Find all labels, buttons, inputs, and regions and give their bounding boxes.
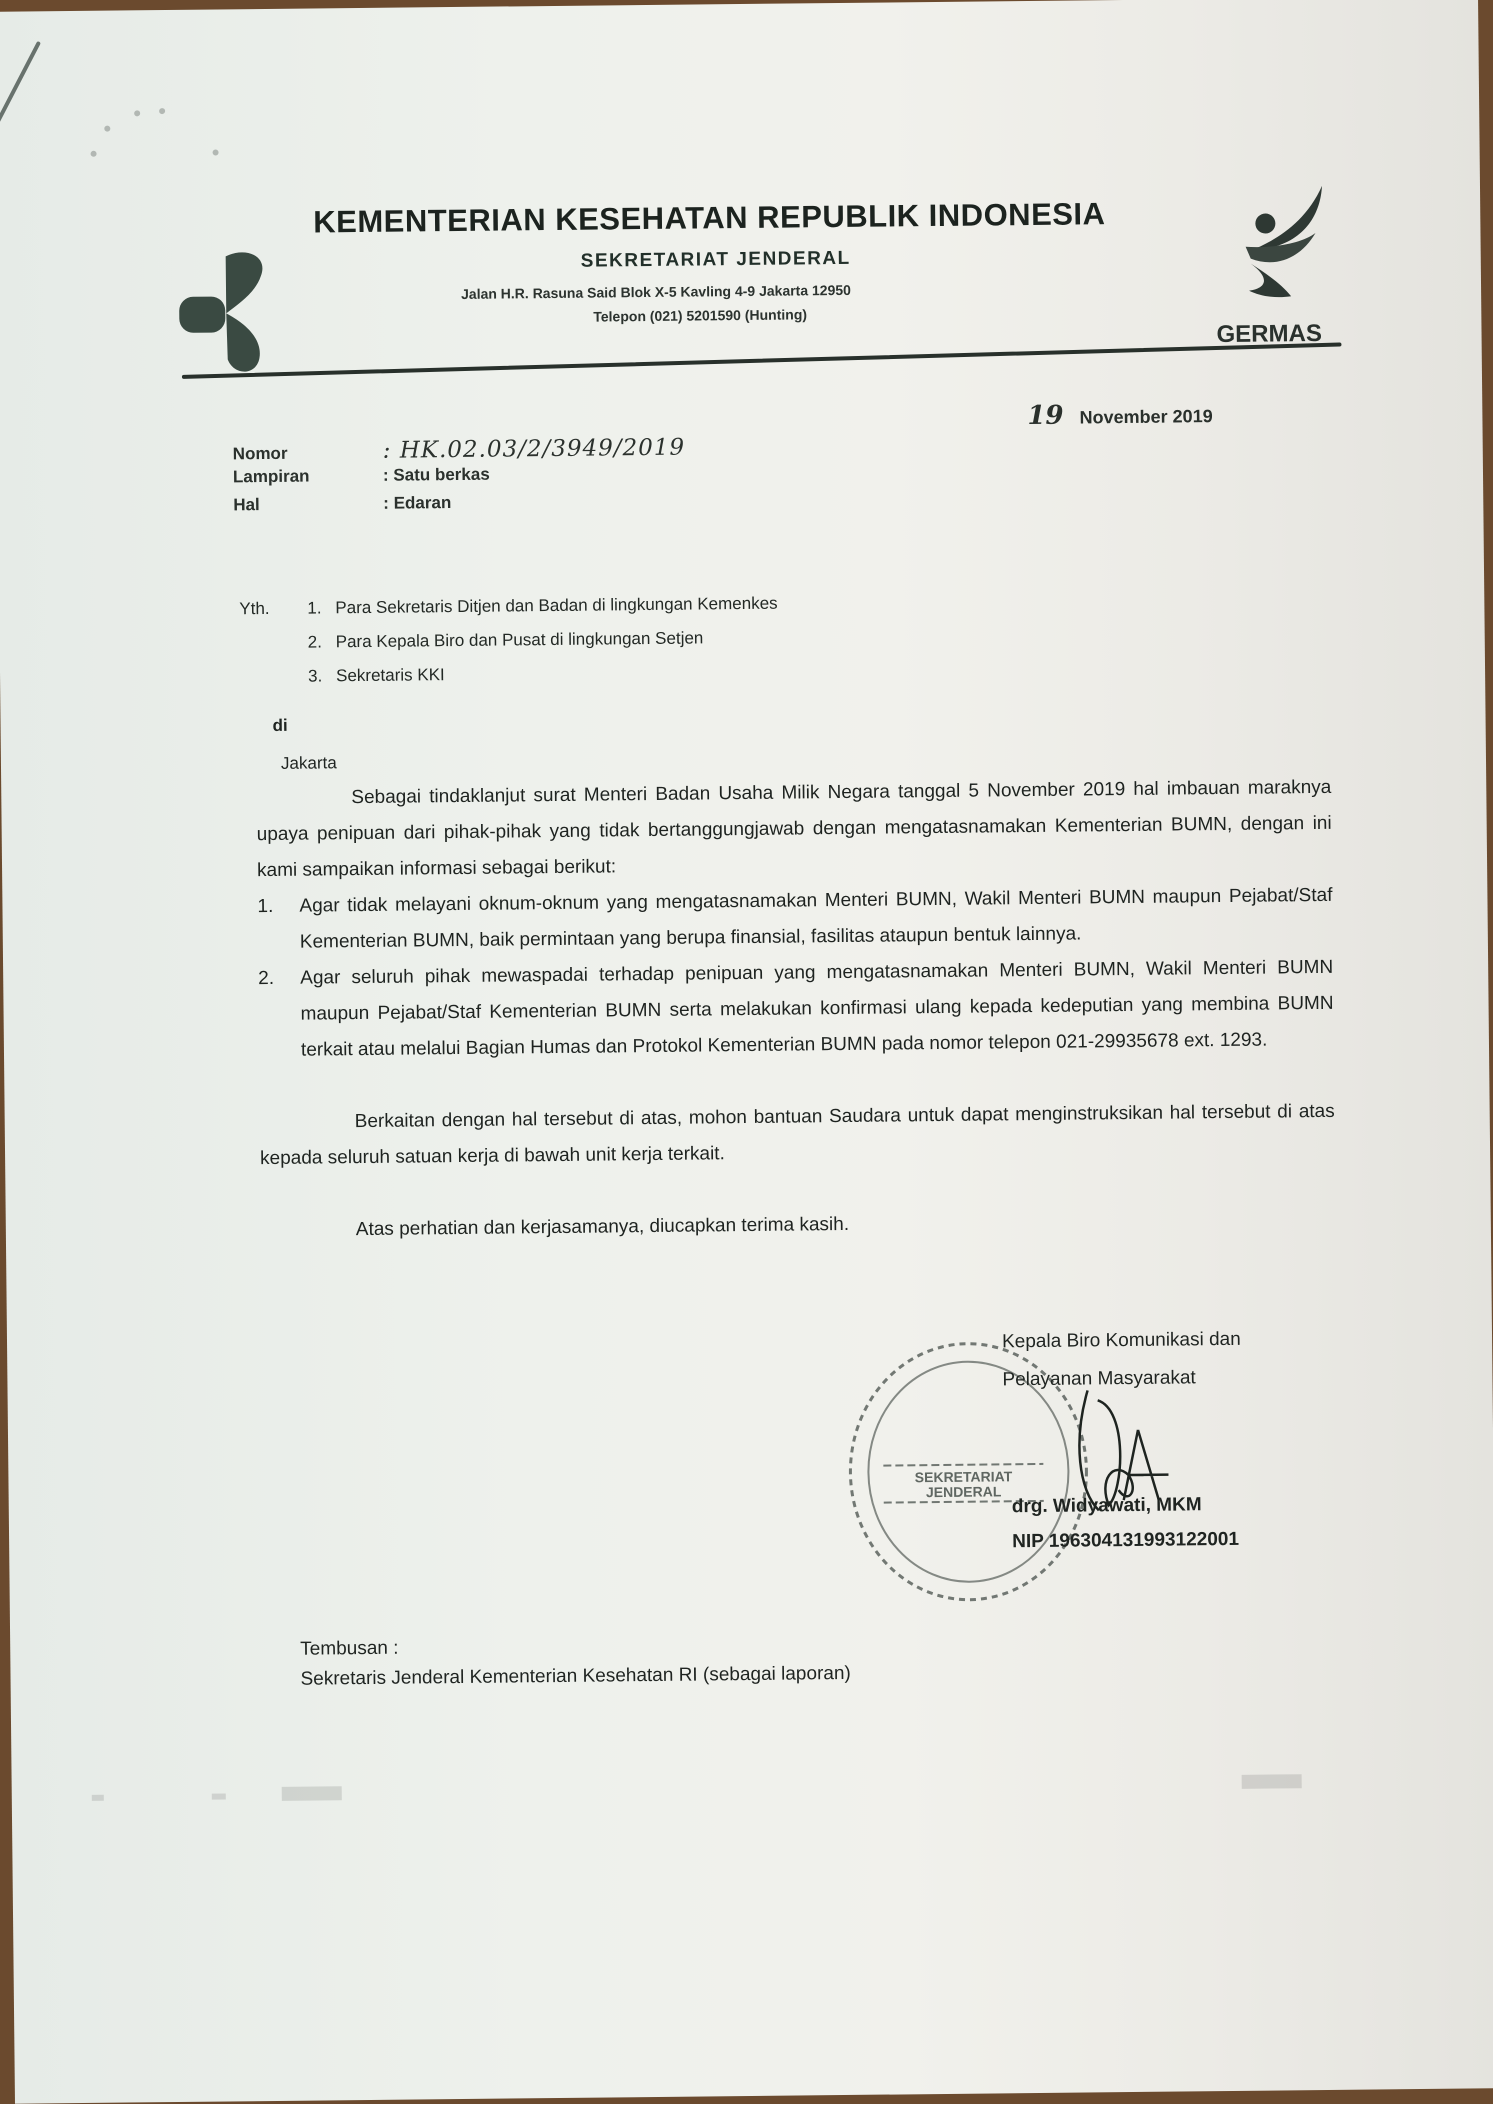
letter-body: Sebagai tindaklanjut surat Menteri Badan… bbox=[256, 770, 1336, 1249]
copy-heading: Tembusan : bbox=[300, 1638, 398, 1661]
germas-logo-icon bbox=[1220, 178, 1331, 314]
meta-value: : Edaran bbox=[383, 493, 451, 514]
recipient-prefix: Yth. bbox=[239, 599, 307, 620]
meta-label: Hal bbox=[233, 494, 383, 516]
point-text: Agar seluruh pihak mewaspadai terhadap p… bbox=[300, 950, 1334, 1069]
meta-value: : HK.02.03/2/3949/2019 bbox=[383, 435, 686, 464]
recipient-place: Jakarta bbox=[281, 753, 337, 774]
address: Jalan H.R. Rasuna Said Blok X-5 Kavling … bbox=[461, 282, 851, 302]
meta-label: Lampiran bbox=[233, 466, 383, 488]
letter-meta: Nomor : HK.02.03/2/3949/2019 Lampiran : … bbox=[233, 435, 686, 524]
request-paragraph: Berkaitan dengan hal tersebut di atas, m… bbox=[260, 1094, 1336, 1177]
recipient-number: 3. bbox=[308, 666, 336, 686]
copy-item: Sekretaris Jenderal Kementerian Kesehata… bbox=[300, 1663, 850, 1691]
point-text: Agar tidak melayani oknum-oknum yang men… bbox=[299, 878, 1333, 961]
point-item: 1. Agar tidak melayani oknum-oknum yang … bbox=[257, 878, 1333, 961]
ministry-title: KEMENTERIAN KESEHATAN REPUBLIK INDONESIA bbox=[313, 196, 1106, 240]
recipient-item: 2. Para Kepala Biro dan Pusat di lingkun… bbox=[240, 628, 779, 668]
point-item: 2. Agar seluruh pihak mewaspadai terhada… bbox=[258, 950, 1334, 1069]
meta-row-subject: Hal : Edaran bbox=[233, 491, 686, 524]
svg-text:JENDERAL: JENDERAL bbox=[926, 1483, 1002, 1500]
date-month-year: November 2019 bbox=[1079, 406, 1212, 427]
recipients: Yth. 1. Para Sekretaris Ditjen dan Badan… bbox=[239, 594, 778, 702]
date-day: 19 bbox=[1027, 401, 1063, 431]
points-list: 1. Agar tidak melayani oknum-oknum yang … bbox=[257, 878, 1334, 1069]
letter-date: 19November 2019 bbox=[1027, 399, 1213, 431]
speck bbox=[134, 110, 140, 116]
kemenkes-logo-icon bbox=[171, 241, 282, 382]
signatory-nip: NIP 196304131993122001 bbox=[1012, 1529, 1239, 1553]
bleed-through-marks bbox=[82, 1767, 1462, 1811]
header-divider bbox=[182, 342, 1342, 378]
phone: Telepon (021) 5201590 (Hunting) bbox=[593, 306, 807, 324]
speck bbox=[104, 126, 110, 132]
pen-mark bbox=[0, 41, 41, 141]
point-number: 1. bbox=[257, 889, 300, 961]
speck bbox=[213, 149, 219, 155]
recipient-number: 1. bbox=[307, 598, 335, 618]
letter-page: KEMENTERIAN KESEHATAN REPUBLIK INDONESIA… bbox=[0, 0, 1493, 2104]
signatory-title-line: Kepala Biro Komunikasi dan bbox=[1002, 1321, 1241, 1361]
meta-label: Nomor bbox=[233, 443, 383, 465]
recipient-at: di bbox=[272, 716, 287, 736]
speck bbox=[159, 108, 165, 114]
recipient-text: Para Sekretaris Ditjen dan Badan di ling… bbox=[335, 594, 777, 619]
recipient-number: 2. bbox=[308, 632, 336, 652]
point-number: 2. bbox=[258, 961, 301, 1069]
division-title: SEKRETARIAT JENDERAL bbox=[581, 248, 851, 273]
intro-paragraph: Sebagai tindaklanjut surat Menteri Badan… bbox=[256, 770, 1332, 889]
recipient-item: Yth. 1. Para Sekretaris Ditjen dan Badan… bbox=[239, 594, 778, 634]
recipient-text: Para Kepala Biro dan Pusat di lingkungan… bbox=[336, 628, 704, 652]
speck bbox=[91, 151, 97, 157]
meta-value: : Satu berkas bbox=[383, 465, 490, 486]
recipient-item: 3. Sekretaris KKI bbox=[240, 662, 779, 702]
recipient-text: Sekretaris KKI bbox=[336, 665, 445, 686]
signatory-name: drg. Widyawati, MKM bbox=[1012, 1494, 1202, 1518]
